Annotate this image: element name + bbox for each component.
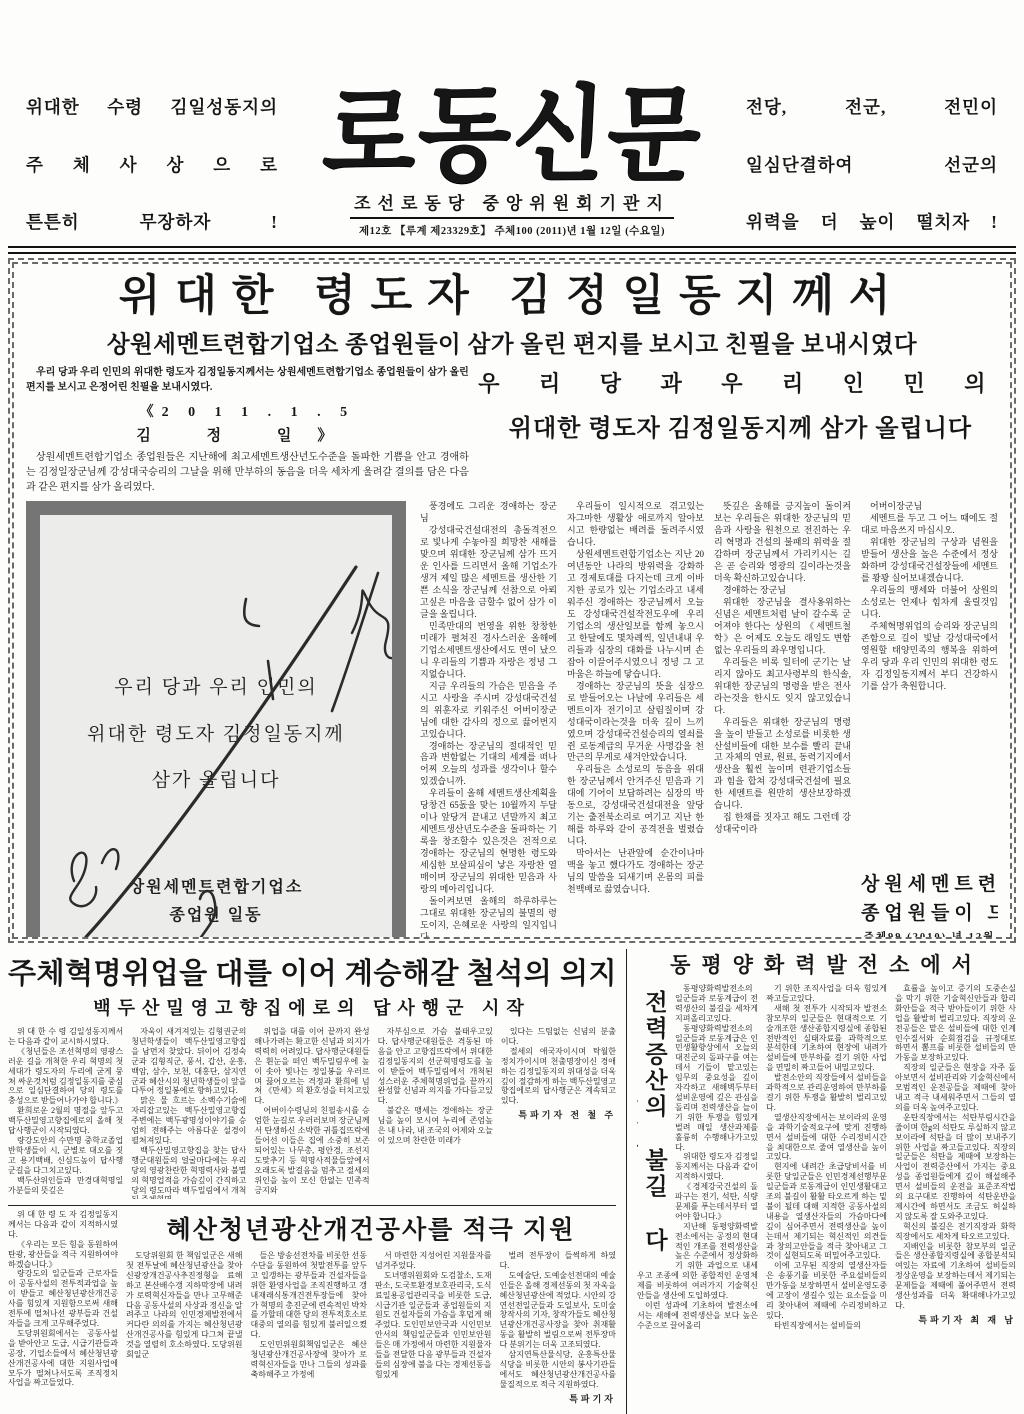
lead-article: 위대한 령도자 김정일동지께서 상원세멘트련합기업소 종업원들이 삼가 올린 편… — [12, 262, 1012, 939]
letter-column-last: 어버이장군님세멘트를 두고 그 어느 때에도 절대로 마음쓰지 마십시오.위대한… — [861, 501, 998, 939]
march-column: 위 대 한 수 령 김일성동지께서는 다음과 같이 교시하시였다.《청년들은 조… — [8, 1027, 123, 1199]
lead-note: 상원세멘트련합기업소 종업원들은 지난해에 최고세멘트생산년도수준을 돌파한 기… — [26, 450, 469, 495]
hyesan-first-column: 위 대 한 령 도 자 김정일동지께서는 다음과 같이 지적하시였다.《우리는 … — [8, 1210, 118, 1414]
kim-jong-il-signature-line: 김 정 일》 — [26, 424, 469, 445]
hyesan-right-block: 혜산청년광산개건공사를 적극 지원 도당위원회 한 책임일군은 새해 첫 전투날… — [126, 1210, 616, 1414]
letter-column-text: 어버이장군님세멘트를 두고 그 어느 때에도 절대로 마음쓰지 마십시오.위대한… — [861, 501, 998, 693]
march-column-last: 있다는 드팀없는 신념의 분출이다.절세의 애국자이시며 탁월한 정치가이시며 … — [501, 1027, 616, 1199]
letter-body: 풍경에도 그리운 경애하는 장군님강성대국건설대전의 총돌격전으로 빛나게 수놓… — [420, 501, 998, 939]
lead-lede: 우리 당과 우리 인민의 위대한 령도자 김정일동지께서는 상원세멘트련합기업소… — [26, 365, 469, 395]
hyesan-column-last: 벌려 전투장이 들썩하게 하였다.도예술단, 도예술선전대의 예술인들은 올해 … — [500, 1251, 617, 1411]
slogan-left-line: 주 체 사 상 으 로 — [26, 152, 278, 177]
hyesan-column: 서 마련한 지성어린 지원물자를 넘겨주었다.도녀맹위원회와 도검찰소, 도재판… — [375, 1251, 492, 1411]
letter-title-block: 우 리 당 과 우 리 인 민 의 위대한 령도자 김정일동지께 삼가 올립니다 — [483, 365, 998, 495]
closing-signature-line: 종업원들이 드립니다 — [861, 900, 998, 929]
march-body: 위 대 한 수 령 김일성동지께서는 다음과 같이 교시하시였다.《청년들은 조… — [8, 1027, 616, 1199]
letter-headline: 위대한 령도자 김정일동지께 삼가 올립니다 — [509, 408, 972, 443]
hyesan-headline: 혜산청년광산개건공사를 적극 지원 — [126, 1210, 616, 1246]
letter-column: 풍경에도 그리운 경애하는 장군님강성대국건설대전의 총돌격전으로 빛나게 수놓… — [420, 501, 557, 939]
slogan-left-line: 위대한 수령 김일성동지의 — [26, 94, 278, 119]
lead-article-frame: 위대한 령도자 김정일동지께서 상원세멘트련합기업소 종업원들이 삼가 올린 편… — [8, 258, 1016, 943]
hyesan-column: 들은 방송선전차를 비롯한 선동수단을 동원하여 첫말전투를 앞두고 입갱하는 … — [251, 1251, 368, 1411]
lead-middle-row: 우리 당과 우리 인민의 위대한 령도자 김정일동지께서는 상원세멘트련합기업소… — [26, 365, 998, 495]
march-headline: 주체혁명위업을 대를 이어 계승해갈 철석의 의지 — [8, 951, 616, 992]
lead-content-row: 우리 당과 우리 인민의 위대한 령도자 김정일동지께 삼가 올립니다 상원세멘… — [26, 501, 998, 939]
article-power-plant: 동평양화력발전소에서 전력증산의 불길 다오른다 동평양화력발전소의 일군들과 … — [626, 949, 1016, 1414]
power-column: 기 위한 조직사업을 더욱 힘있게 짜고들고있다.새해 첫 전투가 시작되자 발… — [766, 984, 887, 1412]
letter-closing-signature: 상원세멘트련합기업소 종업원들이 드립니다 주체99 (2010) 년 12월 … — [861, 871, 998, 939]
letter-facsimile-image: 우리 당과 우리 인민의 위대한 령도자 김정일동지께 삼가 올립니다 상원세멘… — [26, 501, 406, 939]
handwritten-signature-overlay — [40, 515, 392, 939]
letter-column: 우리들이 일시적으로 겪고있는 자그마한 생활상 애로까지 알아보시고 한량없는… — [567, 501, 704, 939]
power-headline: 동평양화력발전소에서 — [637, 949, 1016, 979]
closing-signature-line: 상원세멘트련합기업소 — [861, 871, 998, 900]
power-body: 전력증산의 불길 다오른다 동평양화력발전소의 일군들과 로동계급이 전력생산의… — [637, 984, 1016, 1412]
letter-date-line: 《2 0 1 1 . 1 . 5 — [26, 401, 469, 421]
power-vertical-headline: 전력증산의 불길 다오른다 — [637, 986, 669, 1258]
masthead-slogan-left: 위대한 수령 김일성동지의 주 체 사 상 으 로 튼튼히 무장하자 ! — [26, 88, 278, 238]
article-march: 주체혁명위업을 대를 이어 계승해갈 철석의 의지 백두산밀영고향집에로의 답사… — [8, 951, 616, 1199]
letter-kicker: 우 리 당 과 우 리 인 민 의 — [478, 367, 1002, 398]
newspaper-logo: 로동신문 — [320, 87, 704, 182]
closing-date: 주체99 (2010) 년 12월 31일 — [861, 931, 998, 939]
march-column: 자욱이 새겨져있는 김형권군의 청년학생들이 백두산밀영고향집을 남먼저 찾았다… — [131, 1027, 246, 1199]
power-byline: 특파기자 최 재 남 — [895, 1315, 1016, 1326]
march-subhead: 백두산밀영고향집에로의 답사행군 시작 — [8, 994, 616, 1020]
masthead-logo-block: 로동신문 조선로동당 중앙위원회기관지 제12호 【루계 제23329호】 주체… — [278, 88, 746, 238]
letter-column: 뜻깊은 올해를 긍지높이 돌이켜보는 우리들은 위대한 장군님의 믿음과 사랑을… — [714, 501, 851, 939]
masthead-slogan-right: 전당, 전군, 전민이 일심단결하여 선군의 위력을 더 높이 떨치자 ! — [746, 88, 998, 238]
hyesan-body: 도당위원회 한 책임일군은 새해 첫 전투날에 혜산청년광산을 찾아 신광장개건… — [126, 1251, 616, 1411]
bottom-section: 주체혁명위업을 대를 이어 계승해갈 철석의 의지 백두산밀영고향집에로의 답사… — [8, 949, 1016, 1414]
article-hyesan: 위 대 한 령 도 자 김정일동지께서는 다음과 같이 지적하시였다.《우리는 … — [8, 1205, 616, 1414]
power-column-text: 효률을 높이고 증기의 도중손실을 막기 위한 기술혁신안들과 합리화안들을 적… — [895, 984, 1016, 1311]
lead-headline: 상원세멘트련합기업소 종업원들이 삼가 올린 편지를 보시고 친필을 보내시였다 — [26, 325, 998, 359]
march-column: 위업을 대를 이어 끝까지 완성해나가려는 확고한 신념과 의지가 력력히 어려… — [254, 1027, 369, 1199]
power-column-last: 효률을 높이고 증기의 도중손실을 막기 위한 기술혁신안들과 합리화안들을 적… — [895, 984, 1016, 1412]
hyesan-column: 도당위원회 한 책임일군은 새해 첫 전투날에 혜산청년광산을 찾아 신광장개건… — [126, 1251, 243, 1411]
lead-kicker: 위대한 령도자 김정일동지께서 — [26, 274, 998, 319]
lead-left-block: 우리 당과 우리 인민의 위대한 령도자 김정일동지께서는 상원세멘트련합기업소… — [26, 365, 469, 495]
slogan-right-line: 전당, 전군, 전민이 — [746, 94, 998, 119]
hyesan-byline: 특파기자 — [500, 1394, 617, 1405]
march-column: 자부심으로 가슴 불태우고있다. 답사행군대원들은 격동된 마음을 안고 고향집… — [378, 1027, 493, 1199]
slogan-left-line: 튼튼히 무장하자 ! — [26, 209, 278, 234]
masthead-divider — [8, 246, 1016, 254]
masthead: 위대한 수령 김일성동지의 주 체 사 상 으 로 튼튼히 무장하자 ! 로동신… — [0, 0, 1024, 244]
issue-line: 제12호 【루계 제23329호】 주체100 (2011)년 1월 12일 (… — [359, 223, 665, 238]
newspaper-page: 위대한 수령 김일성동지의 주 체 사 상 으 로 튼튼히 무장하자 ! 로동신… — [0, 0, 1024, 1414]
hyesan-column-text: 벌려 전투장이 들썩하게 하였다.도예술단, 도예술선전대의 예술인들은 올해 … — [500, 1251, 617, 1390]
march-byline: 특파기자 전 철 주 — [501, 1110, 616, 1121]
march-column-text: 있다는 드팀없는 신념의 분출이다.절세의 애국자이시며 탁월한 정치가이시며 … — [501, 1027, 616, 1106]
slogan-right-line: 일심단결하여 선군의 — [746, 152, 998, 177]
power-first-column: 전력증산의 불길 다오른다 동평양화력발전소의 일군들과 로동계급이 전력생산의… — [637, 984, 758, 1412]
bottom-left-block: 주체혁명위업을 대를 이어 계승해갈 철석의 의지 백두산밀영고향집에로의 답사… — [8, 949, 626, 1414]
slogan-right-line: 위력을 더 높이 떨치자 ! — [746, 209, 998, 234]
